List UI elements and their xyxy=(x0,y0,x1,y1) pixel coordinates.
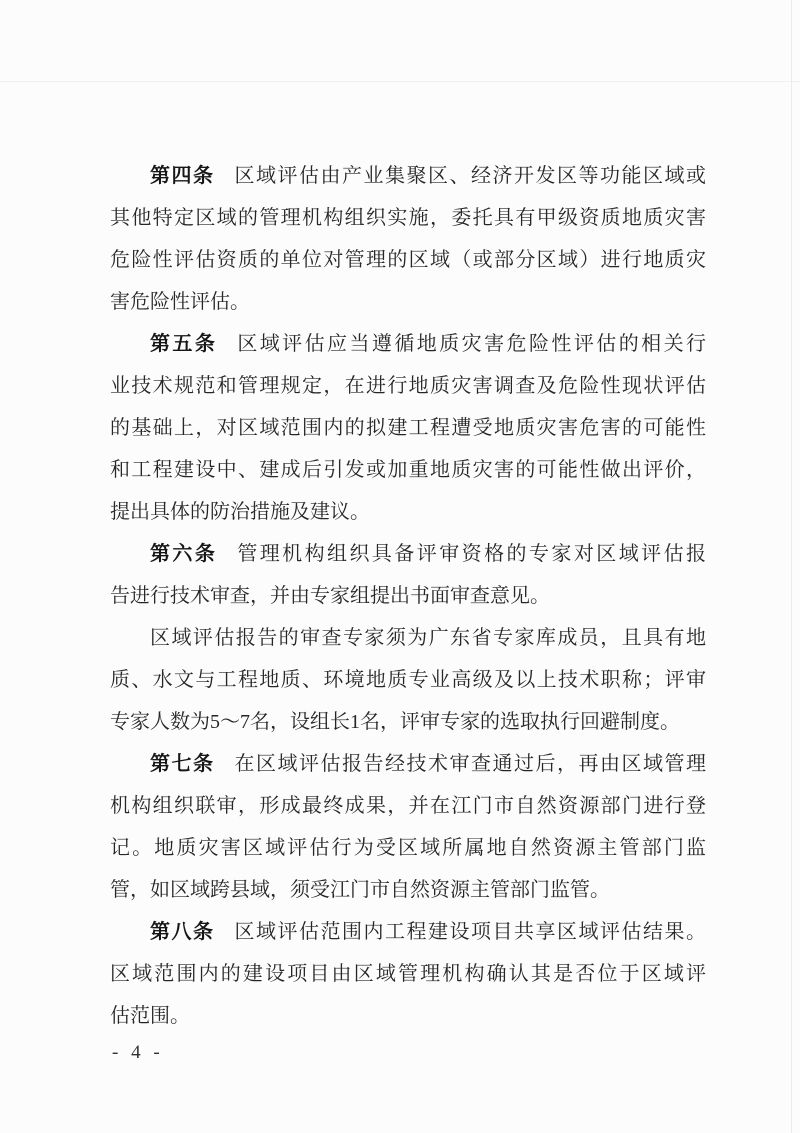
article-number: 第五条 xyxy=(150,333,217,355)
article-first-line: 第四条区域评估由产业集聚区、经济开发区等功能区域或 xyxy=(110,155,706,197)
text-line: 区域范围内的建设项目由区域管理机构确认其是否位于区域评 xyxy=(110,953,706,995)
paragraph: 第六条管理机构组织具备评审资格的专家对区域评估报告进行技术审查，并由专家组提出书… xyxy=(110,533,706,617)
scan-artifact-vertical-line xyxy=(791,0,792,1133)
article-number: 第七条 xyxy=(150,753,215,775)
text-line: 危险性评估资质的单位对管理的区域（或部分区域）进行地质灾 xyxy=(110,239,706,281)
article-number: 第六条 xyxy=(150,543,217,565)
paragraph: 第七条在区域评估报告经技术审查通过后，再由区域管理机构组织联审，形成最终成果，并… xyxy=(110,743,706,911)
document-body: 第四条区域评估由产业集聚区、经济开发区等功能区域或其他特定区域的管理机构组织实施… xyxy=(110,155,706,1037)
page-number: - 4 - xyxy=(112,1040,164,1066)
article-number: 第八条 xyxy=(150,921,215,943)
text-line: 质、水文与工程地质、环境地质专业高级及以上技术职称；评审 xyxy=(110,659,706,701)
text-line: 害危险性评估。 xyxy=(110,281,706,323)
paragraph: 区域评估报告的审查专家须为广东省专家库成员，且具有地质、水文与工程地质、环境地质… xyxy=(110,617,706,743)
text-line: 的基础上，对区域范围内的拟建工程遭受地质灾害危害的可能性 xyxy=(110,407,706,449)
paragraph: 第八条区域评估范围内工程建设项目共享区域评估结果。区域范围内的建设项目由区域管理… xyxy=(110,911,706,1037)
text-line: 记。地质灾害区域评估行为受区域所属地自然资源主管部门监 xyxy=(110,827,706,869)
article-first-line: 第五条区域评估应当遵循地质灾害危险性评估的相关行 xyxy=(110,323,706,365)
article-first-line: 第六条管理机构组织具备评审资格的专家对区域评估报 xyxy=(110,533,706,575)
text-line: 和工程建设中、建成后引发或加重地质灾害的可能性做出评价， xyxy=(110,449,706,491)
text-line: 其他特定区域的管理机构组织实施，委托具有甲级资质地质灾害 xyxy=(110,197,706,239)
text-line: 管，如区域跨县域，须受江门市自然资源主管部门监管。 xyxy=(110,869,706,911)
article-first-line: 第七条在区域评估报告经技术审查通过后，再由区域管理 xyxy=(110,743,706,785)
text-line: 提出具体的防治措施及建议。 xyxy=(110,491,706,533)
scan-artifact-horizontal-line xyxy=(0,81,800,82)
text-line: 机构组织联审，形成最终成果，并在江门市自然资源部门进行登 xyxy=(110,785,706,827)
scanned-document-page: 第四条区域评估由产业集聚区、经济开发区等功能区域或其他特定区域的管理机构组织实施… xyxy=(0,0,800,1133)
article-number: 第四条 xyxy=(150,165,215,187)
text-line: 告进行技术审查，并由专家组提出书面审查意见。 xyxy=(110,575,706,617)
paragraph: 第五条区域评估应当遵循地质灾害危险性评估的相关行业技术规范和管理规定，在进行地质… xyxy=(110,323,706,533)
text-line: 区域评估报告的审查专家须为广东省专家库成员，且具有地 xyxy=(110,617,706,659)
article-first-line: 第八条区域评估范围内工程建设项目共享区域评估结果。 xyxy=(110,911,706,953)
text-line: 专家人数为5～7名，设组长1名，评审专家的选取执行回避制度。 xyxy=(110,701,706,743)
text-line: 估范围。 xyxy=(110,995,706,1037)
paragraph: 第四条区域评估由产业集聚区、经济开发区等功能区域或其他特定区域的管理机构组织实施… xyxy=(110,155,706,323)
text-line: 业技术规范和管理规定，在进行地质灾害调查及危险性现状评估 xyxy=(110,365,706,407)
